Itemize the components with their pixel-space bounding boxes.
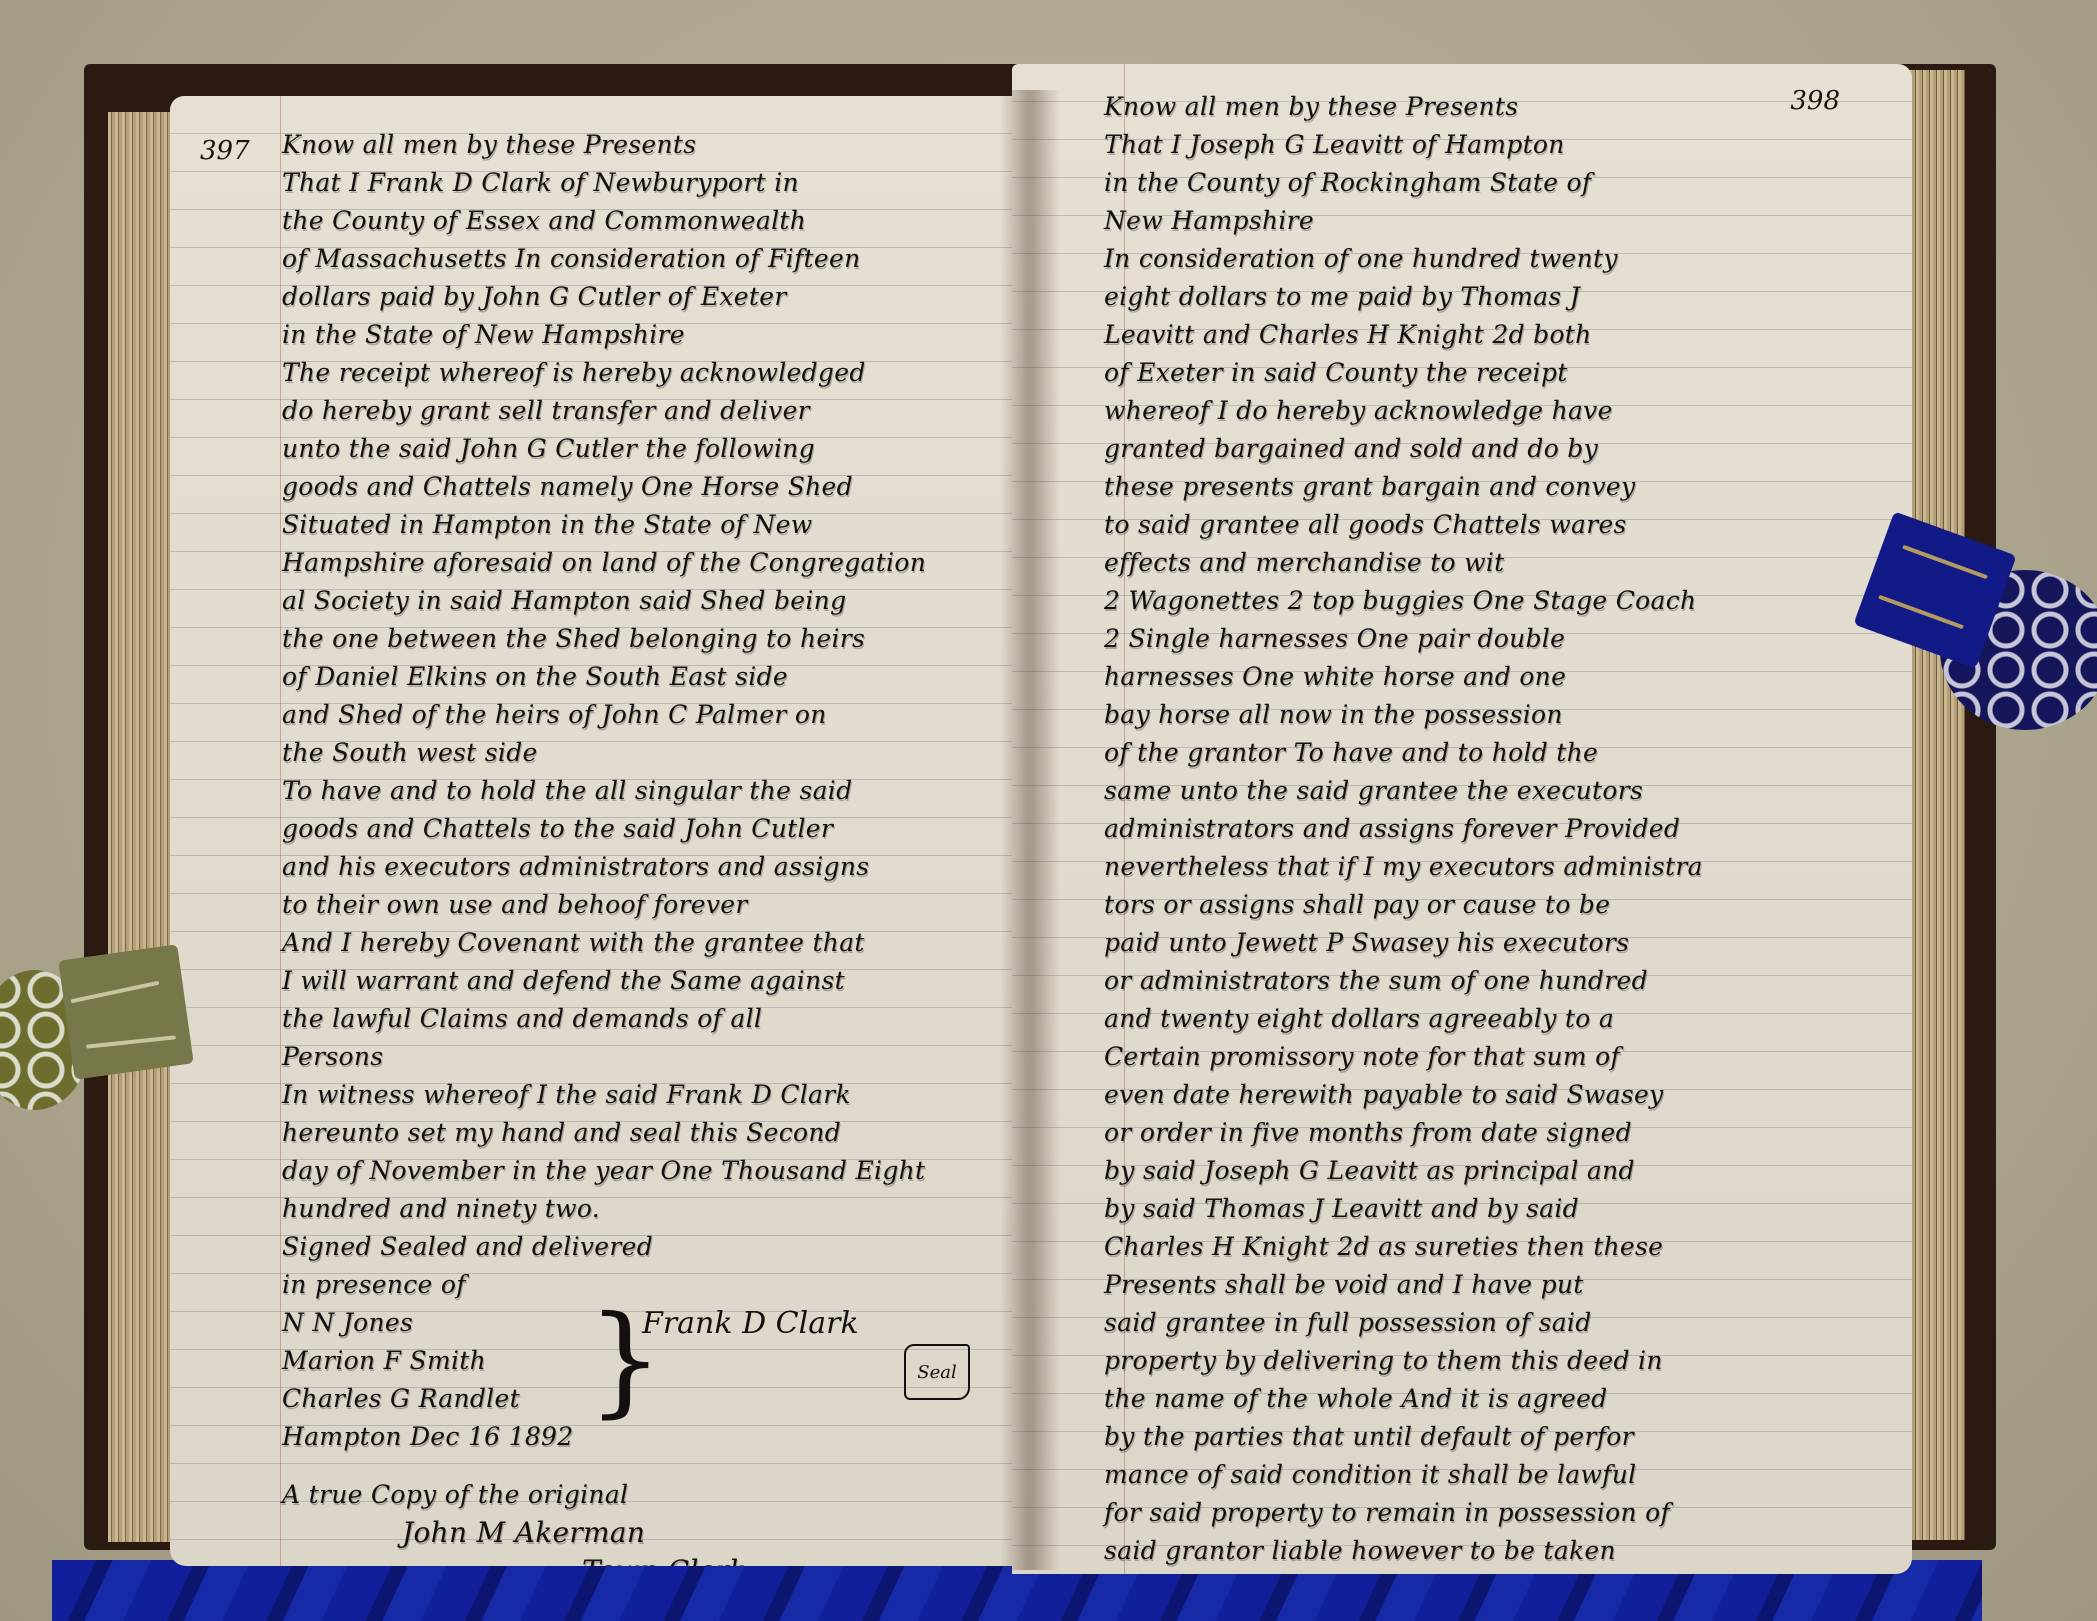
text-line: and twenty eight dollars agreeably to a <box>1104 1000 1882 1038</box>
text-line: effects and merchandise to wit <box>1104 544 1882 582</box>
seal-mark: Seal <box>904 1344 970 1400</box>
text-line: by said Thomas J Leavitt and by said <box>1104 1190 1882 1228</box>
text-line: hundred and ninety two. <box>282 1190 1010 1228</box>
clerk-signature: John M Akerman <box>282 1514 1010 1552</box>
text-line: 2 Single harnesses One pair double <box>1104 620 1882 658</box>
text-line: the one between the Shed belonging to he… <box>282 620 1010 658</box>
text-line: harnesses One white horse and one <box>1104 658 1882 696</box>
text-line: these presents grant bargain and convey <box>1104 468 1882 506</box>
text-line: And I hereby Covenant with the grantee t… <box>282 924 1010 962</box>
text-line: goods and Chattels to the said John Cutl… <box>282 810 1010 848</box>
page-number: 397 <box>200 136 250 166</box>
text-line: Persons <box>282 1038 1010 1076</box>
text-line: That I Joseph G Leavitt of Hampton <box>1104 126 1882 164</box>
text-line: Know all men by these Presents <box>282 126 1010 164</box>
text-line: nevertheless that if I my executors admi… <box>1104 848 1882 886</box>
text-line: That I Frank D Clark of Newburyport in <box>282 164 1010 202</box>
text-line: tors or assigns shall pay or cause to be <box>1104 886 1882 924</box>
signature-block: N N Jones Marion F Smith Charles G Randl… <box>282 1304 1010 1418</box>
deed-text: Know all men by these Presents That I Fr… <box>282 126 1010 1566</box>
text-line: by said Joseph G Leavitt as principal an… <box>1104 1152 1882 1190</box>
text-line: in the County of Rockingham State of <box>1104 164 1882 202</box>
text-line: for said property to remain in possessio… <box>1104 1494 1882 1532</box>
text-line: said grantor liable however to be taken <box>1104 1532 1882 1570</box>
text-line: of Daniel Elkins on the South East side <box>282 658 1010 696</box>
text-line: and his executors administrators and ass… <box>282 848 1010 886</box>
text-line: or order in five months from date signed <box>1104 1114 1882 1152</box>
text-line: paid unto Jewett P Swasey his executors <box>1104 924 1882 962</box>
text-line: bay horse all now in the possession <box>1104 696 1882 734</box>
text-line: administrators and assigns forever Provi… <box>1104 810 1882 848</box>
text-line: of the grantor To have and to hold the <box>1104 734 1882 772</box>
clerk-title: Town Clerk <box>282 1552 1010 1566</box>
text-line: Charles H Knight 2d as sureties then the… <box>1104 1228 1882 1266</box>
right-page: 398 Know all men by these Presents That … <box>1012 64 1912 1574</box>
green-binder-clip <box>0 920 210 1120</box>
attestation: A true Copy of the original <box>282 1476 1010 1514</box>
text-line: in the State of New Hampshire <box>282 316 1010 354</box>
text-line: New Hampshire <box>1104 202 1882 240</box>
text-line: dollars paid by John G Cutler of Exeter <box>282 278 1010 316</box>
text-line: by the parties that until default of per… <box>1104 1418 1882 1456</box>
text-line: whereof I do hereby acknowledge have <box>1104 392 1882 430</box>
text-line: do hereby grant sell transfer and delive… <box>282 392 1010 430</box>
text-line: day of November in the year One Thousand… <box>282 1152 1010 1190</box>
text-line: I will warrant and defend the Same again… <box>282 962 1010 1000</box>
text-line: Signed Sealed and delivered <box>282 1228 1010 1266</box>
text-line: to said grantee all goods Chattels wares <box>1104 506 1882 544</box>
spacer <box>282 1456 1010 1476</box>
text-line: same unto the said grantee the executors <box>1104 772 1882 810</box>
left-page-edges <box>108 112 178 1542</box>
text-line: mance of said condition it shall be lawf… <box>1104 1456 1882 1494</box>
right-page-edges <box>1905 70 1965 1540</box>
text-line: of Massachusetts In consideration of Fif… <box>282 240 1010 278</box>
text-line: to their own use and behoof forever <box>282 886 1010 924</box>
text-line: Hampshire aforesaid on land of the Congr… <box>282 544 1010 582</box>
text-line: hereunto set my hand and seal this Secon… <box>282 1114 1010 1152</box>
text-line: property by delivering to them this deed… <box>1104 1342 1882 1380</box>
text-line: the name of the whole And it is agreed <box>1104 1380 1882 1418</box>
text-line: Leavitt and Charles H Knight 2d both <box>1104 316 1882 354</box>
grantor-signature: Frank D Clark <box>642 1306 859 1341</box>
text-line: goods and Chattels namely One Horse Shed <box>282 468 1010 506</box>
blue-binder-clip <box>1840 510 2097 740</box>
text-line: Know all men by these Presents <box>1104 88 1882 126</box>
clip-plate <box>58 944 194 1080</box>
text-line: The receipt whereof is hereby acknowledg… <box>282 354 1010 392</box>
text-line: the lawful Claims and demands of all <box>282 1000 1010 1038</box>
text-line: the South west side <box>282 734 1010 772</box>
text-line: said grantee in full possession of said <box>1104 1304 1882 1342</box>
text-line: 2 Wagonettes 2 top buggies One Stage Coa… <box>1104 582 1882 620</box>
text-line: the County of Essex and Commonwealth <box>282 202 1010 240</box>
text-line: eight dollars to me paid by Thomas J <box>1104 278 1882 316</box>
text-line: Presents shall be void and I have put <box>1104 1266 1882 1304</box>
left-page: 397 Know all men by these Presents That … <box>170 96 1040 1566</box>
deed-text: Know all men by these Presents That I Jo… <box>1104 88 1882 1570</box>
text-line: al Society in said Hampton said Shed bei… <box>282 582 1010 620</box>
text-line: In consideration of one hundred twenty <box>1104 240 1882 278</box>
text-line: To have and to hold the all singular the… <box>282 772 1010 810</box>
text-line: granted bargained and sold and do by <box>1104 430 1882 468</box>
text-line: of Exeter in said County the receipt <box>1104 354 1882 392</box>
text-line: In witness whereof I the said Frank D Cl… <box>282 1076 1010 1114</box>
text-line: unto the said John G Cutler the followin… <box>282 430 1010 468</box>
margin-line <box>280 96 281 1566</box>
text-line: Certain promissory note for that sum of <box>1104 1038 1882 1076</box>
text-line: Situated in Hampton in the State of New <box>282 506 1010 544</box>
text-line: or administrators the sum of one hundred <box>1104 962 1882 1000</box>
text-line: and Shed of the heirs of John C Palmer o… <box>282 696 1010 734</box>
text-line: even date herewith payable to said Swase… <box>1104 1076 1882 1114</box>
